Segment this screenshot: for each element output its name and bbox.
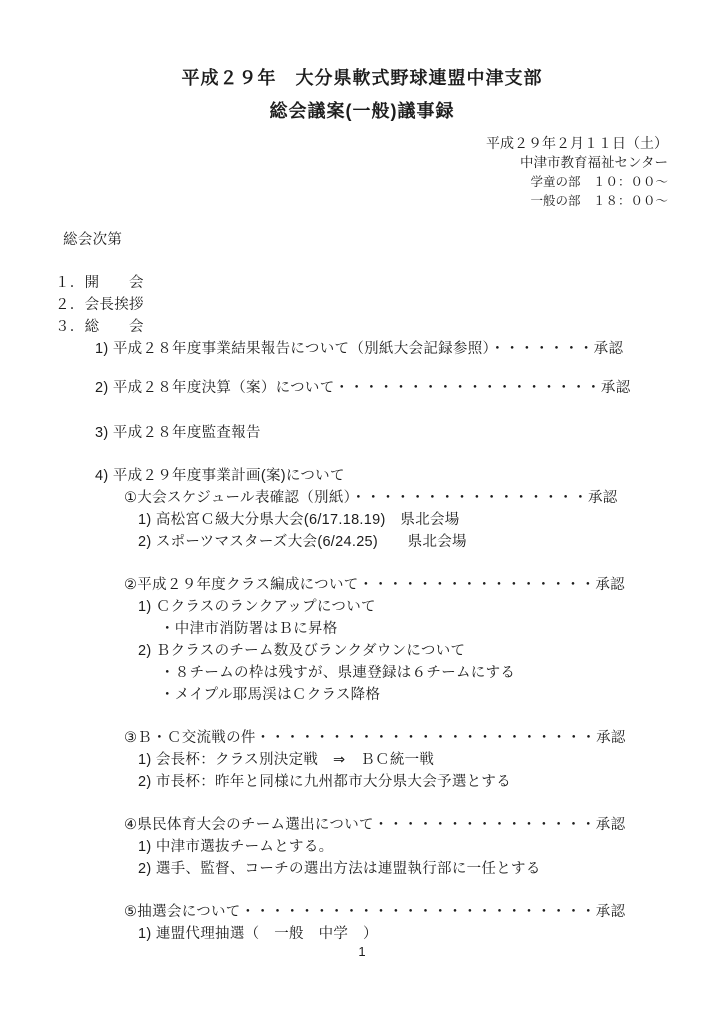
document-title-line1: 平成２９年 大分県軟式野球連盟中津支部: [0, 64, 724, 90]
plan-item-5: ⑤抽選会について・・・・・・・・・・・・・・・・・・・・・・・・承認: [124, 901, 724, 923]
plan-item-1: ①大会スケジュール表確認（別紙）・・・・・・・・・・・・・・・・承認: [124, 487, 724, 509]
plan-item-3: ③Ｂ・Ｃ交流戦の件・・・・・・・・・・・・・・・・・・・・・・・承認: [124, 727, 724, 749]
plan-item-2-sub2-note2: ・メイプル耶馬渓はＣクラス降格: [160, 684, 724, 706]
plan-item-2: ②平成２９年度クラス編成について・・・・・・・・・・・・・・・・承認: [124, 574, 724, 596]
report-item-2: 2) 平成２８年度決算（案）について・・・・・・・・・・・・・・・・・・承認: [95, 377, 724, 399]
agenda-item-1: １．開 会: [55, 272, 724, 294]
plan-item-5-sub1: 1) 連盟代理抽選（ 一般 中学 ）: [138, 923, 724, 945]
meeting-meta-block: 平成２９年２月１１日（土） 中津市教育福祉センター 学童の部 １０：００〜 一般…: [0, 133, 724, 211]
meeting-venue: 中津市教育福祉センター: [0, 153, 668, 173]
meeting-date: 平成２９年２月１１日（土）: [0, 133, 668, 153]
agenda-heading: 総会次第: [63, 229, 724, 251]
plan-item-2-sub1-note: ・中津市消防署はＢに昇格: [160, 618, 724, 640]
plan-item-1-sub1: 1) 高松宮Ｃ級大分県大会(6/17.18.19) 県北会場: [138, 509, 724, 531]
document-page: 平成２９年 大分県軟式野球連盟中津支部 総会議案(一般)議事録 平成２９年２月１…: [0, 0, 724, 1024]
plan-item-4-sub2: 2) 選手、監督、コーチの選出方法は連盟執行部に一任とする: [138, 858, 724, 880]
agenda-item-2: ２．会長挨拶: [55, 294, 724, 316]
plan-item-4: ④県民体育大会のチーム選出について・・・・・・・・・・・・・・・承認: [124, 814, 724, 836]
meeting-session-gakudo: 学童の部 １０：００〜: [0, 173, 668, 192]
report-item-4: 4) 平成２９年度事業計画(案)について: [95, 465, 724, 487]
report-item-3: 3) 平成２８年度監査報告: [95, 422, 724, 444]
plan-item-2-sub2: 2) Ｂクラスのチーム数及びランクダウンについて: [138, 640, 724, 662]
plan-item-1-sub2: 2) スポーツマスターズ大会(6/24.25) 県北会場: [138, 531, 724, 553]
agenda-content: 総会次第 １．開 会 ２．会長挨拶 ３．総 会 1) 平成２８年度事業結果報告に…: [0, 229, 724, 945]
plan-item-3-sub1: 1) 会長杯：クラス別決定戦 ⇒ ＢＣ統一戦: [138, 749, 724, 771]
document-title-block: 平成２９年 大分県軟式野球連盟中津支部 総会議案(一般)議事録: [0, 0, 724, 123]
meeting-session-ippan: 一般の部 １８：００〜: [0, 192, 668, 211]
agenda-item-3: ３．総 会: [55, 316, 724, 338]
plan-item-3-sub2: 2) 市長杯：昨年と同様に九州都市大分県大会予選とする: [138, 771, 724, 793]
plan-item-4-sub1: 1) 中津市選抜チームとする。: [138, 836, 724, 858]
plan-item-2-sub1: 1) Ｃクラスのランクアップについて: [138, 596, 724, 618]
document-title-line2: 総会議案(一般)議事録: [0, 97, 724, 123]
page-number: 1: [0, 944, 724, 959]
report-item-1: 1) 平成２８年度事業結果報告について（別紙大会記録参照）・・・・・・・承認: [95, 338, 724, 360]
plan-item-2-sub2-note1: ・８チームの枠は残すが、県連登録は６チームにする: [160, 662, 724, 684]
